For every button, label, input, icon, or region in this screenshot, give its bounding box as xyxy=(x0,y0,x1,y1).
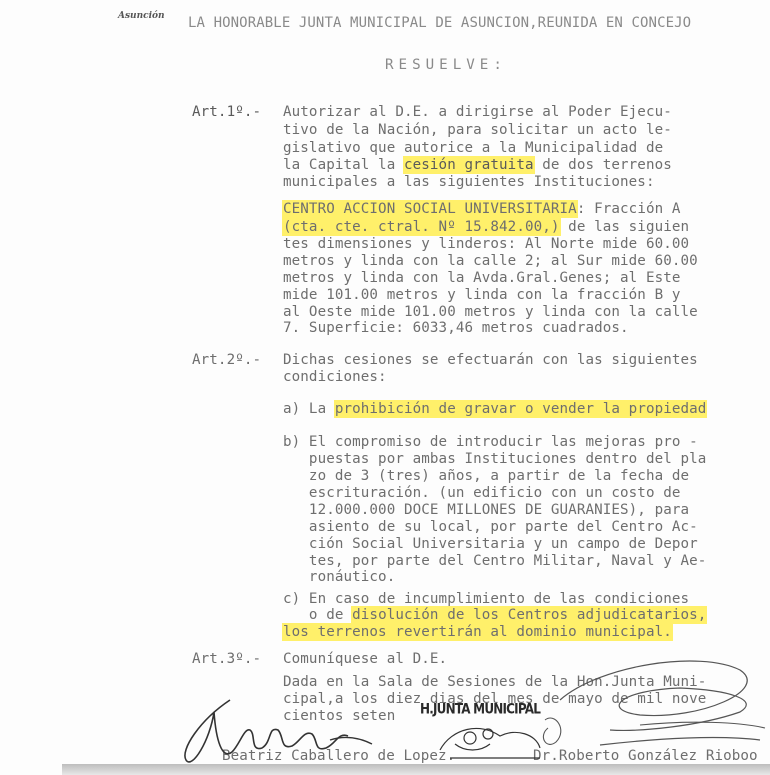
signatory-right: Dr.Roberto González Rioboo xyxy=(533,748,758,765)
condition-c-line-3: los terrenos revertirán al dominio munic… xyxy=(283,624,672,641)
highlight-prohibicion: prohibición de gravar o vender la propie… xyxy=(335,401,707,417)
institution-line-7: al Oeste mide 101.00 metros y linda con … xyxy=(283,304,698,321)
condition-b-line-4: escrituración. (un edificio con un costo… xyxy=(283,485,681,502)
text-fragment: la Capital la xyxy=(283,157,404,173)
text-fragment: a) La xyxy=(283,401,335,417)
institution-line-4: metros y linda con la calle 2; al Sur mi… xyxy=(283,253,698,270)
institution-line-5: metros y linda con la Avda.Gral.Genes; a… xyxy=(283,270,681,287)
condition-a: a) La prohibición de gravar o vender la … xyxy=(283,401,706,418)
institution-line-8: 7. Superficie: 6033,46 metros cuadrados. xyxy=(283,320,629,337)
text-fragment: de dos terrenos xyxy=(534,157,672,173)
article-3-line-1: Comuníquese al D.E. xyxy=(283,651,447,668)
document-page: Asunción LA HONORABLE JUNTA MUNICIPAL DE… xyxy=(0,0,770,775)
article-3-label: Art.3º.- xyxy=(192,651,261,668)
page-bottom-edge xyxy=(62,764,770,775)
institution-line-2: (cta. cte. ctral. Nº 15.842.00,) de las … xyxy=(283,219,689,236)
condition-b-line-7: ción Social Universitaria y un campo de … xyxy=(283,536,698,553)
text-fragment: o de xyxy=(283,607,352,623)
place-label: Asunción xyxy=(118,11,165,21)
closing-line-1: Dada en la Sala de Sesiones de la Hon.Ju… xyxy=(283,674,706,691)
condition-b-line-3: zo de 3 (tres) años, a partir de la fech… xyxy=(283,468,689,485)
highlight-account-number: (cta. cte. ctral. Nº 15.842.00,) xyxy=(283,219,560,235)
article-1-line-4: la Capital la cesión gratuita de dos ter… xyxy=(283,157,672,174)
condition-c-line-2: o de disolución de los Centros adjudicat… xyxy=(283,607,706,624)
article-2-label: Art.2º.- xyxy=(192,352,261,369)
resuelve-heading: RESUELVE: xyxy=(385,57,507,74)
condition-b-line-2: puestas por ambas Instituciones dentro d… xyxy=(283,451,706,468)
condition-b-line-5: 12.000.000 DOCE MILLONES DE GUARANIES), … xyxy=(283,502,689,519)
condition-b-line-9: ronáutico. xyxy=(283,569,395,586)
institution-line-3: tes dimensiones y linderos: Al Norte mid… xyxy=(283,236,689,253)
article-2-line-1: Dichas cesiones se efectuarán con las si… xyxy=(283,352,698,369)
highlight-institution-name: CENTRO ACCION SOCIAL UNIVERSITARIA xyxy=(283,201,577,217)
institution-line-6: mide 101.00 metros y linda con la fracci… xyxy=(283,287,681,304)
condition-c-line-1: c) En caso de incumplimiento de las cond… xyxy=(283,591,689,608)
article-1-line-1: Autorizar al D.E. a dirigirse al Poder E… xyxy=(283,104,672,121)
condition-b-line-1: b) El compromiso de introducir las mejor… xyxy=(283,434,698,451)
document-title: LA HONORABLE JUNTA MUNICIPAL DE ASUNCION… xyxy=(188,15,691,32)
article-1-line-5: municipales a las siguientes Institucion… xyxy=(283,174,655,191)
article-1-line-3: gislativo que autorice a la Municipalida… xyxy=(283,140,663,157)
highlight-cesion-gratuita: cesión gratuita xyxy=(404,157,534,173)
article-2-line-2: condiciones: xyxy=(283,369,387,386)
signatory-left: Beatriz Caballero de Lopez. xyxy=(222,748,455,765)
article-1-label: Art.1º.- xyxy=(192,104,261,121)
article-1-line-2: tivo de la Nación, para solicitar un act… xyxy=(283,122,672,139)
condition-b-line-6: asiento de su local, por parte del Centr… xyxy=(283,519,698,536)
highlight-disolucion: disolución de los Centros adjudicatarios… xyxy=(352,607,706,623)
text-fragment: de las siguien xyxy=(560,219,690,235)
text-fragment: : Fracción A xyxy=(577,201,681,217)
condition-b-line-8: tes, por parte del Centro Militar, Naval… xyxy=(283,553,706,570)
municipal-stamp: H.JUNTA MUNICIPAL xyxy=(420,701,540,717)
institution-line-1: CENTRO ACCION SOCIAL UNIVERSITARIA: Frac… xyxy=(283,201,681,218)
highlight-revertiran: los terrenos revertirán al dominio munic… xyxy=(283,624,672,640)
closing-line-3: cientos seten xyxy=(283,708,395,725)
